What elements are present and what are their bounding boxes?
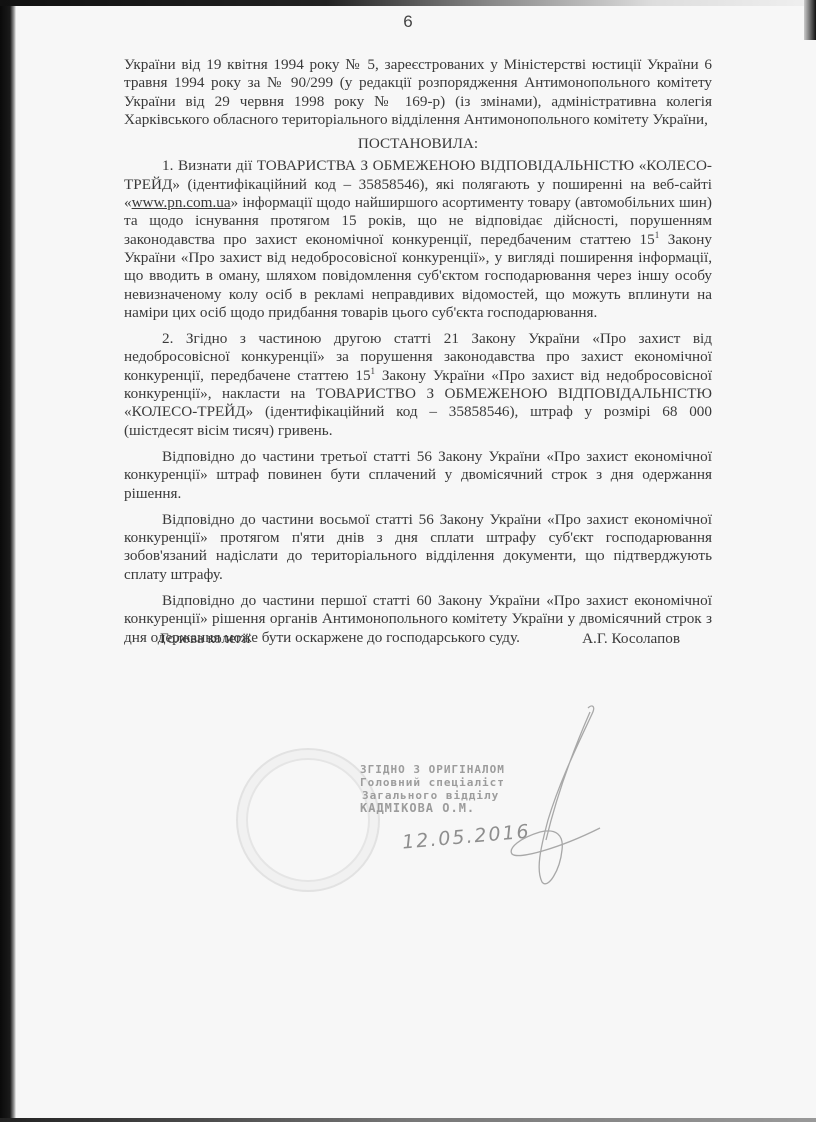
resolution-item-1: 1. Визнати дії ТОВАРИСТВА З ОБМЕЖЕНОЮ ВІ…: [124, 157, 712, 322]
page-number: 6: [0, 12, 816, 32]
fine-payment-paragraph: Відповідно до частини третьої статті 56 …: [124, 448, 712, 503]
round-seal-icon: [236, 748, 380, 892]
resolution-heading: ПОСТАНОВИЛА:: [124, 135, 712, 153]
scan-top-border: [0, 0, 816, 6]
intro-paragraph: України від 19 квітня 1994 року № 5, зар…: [124, 56, 712, 129]
certification-stamp: ЗГІДНО З ОРИГІНАЛОМ Головний спеціаліст …: [360, 763, 505, 815]
payment-proof-paragraph: Відповідно до частини восьмої статті 56 …: [124, 511, 712, 584]
signatory-name: А.Г. Косолапов: [582, 630, 680, 648]
stamp-line: ЗГІДНО З ОРИГІНАЛОМ: [360, 763, 505, 776]
scan-bottom-border: [0, 1118, 816, 1122]
website-link[interactable]: www.pn.com.ua: [132, 194, 231, 211]
signatory-title: Голова колегії: [160, 630, 251, 648]
stamp-line: Головний спеціаліст: [360, 776, 505, 789]
stamp-line: КАДМІКОВА О.М.: [360, 802, 505, 815]
scan-left-border: [0, 0, 16, 1122]
signature-icon: [500, 700, 660, 890]
resolution-item-2: 2. Згідно з частиною другою статті 21 За…: [124, 330, 712, 440]
document-body: України від 19 квітня 1994 року № 5, зар…: [124, 56, 712, 647]
